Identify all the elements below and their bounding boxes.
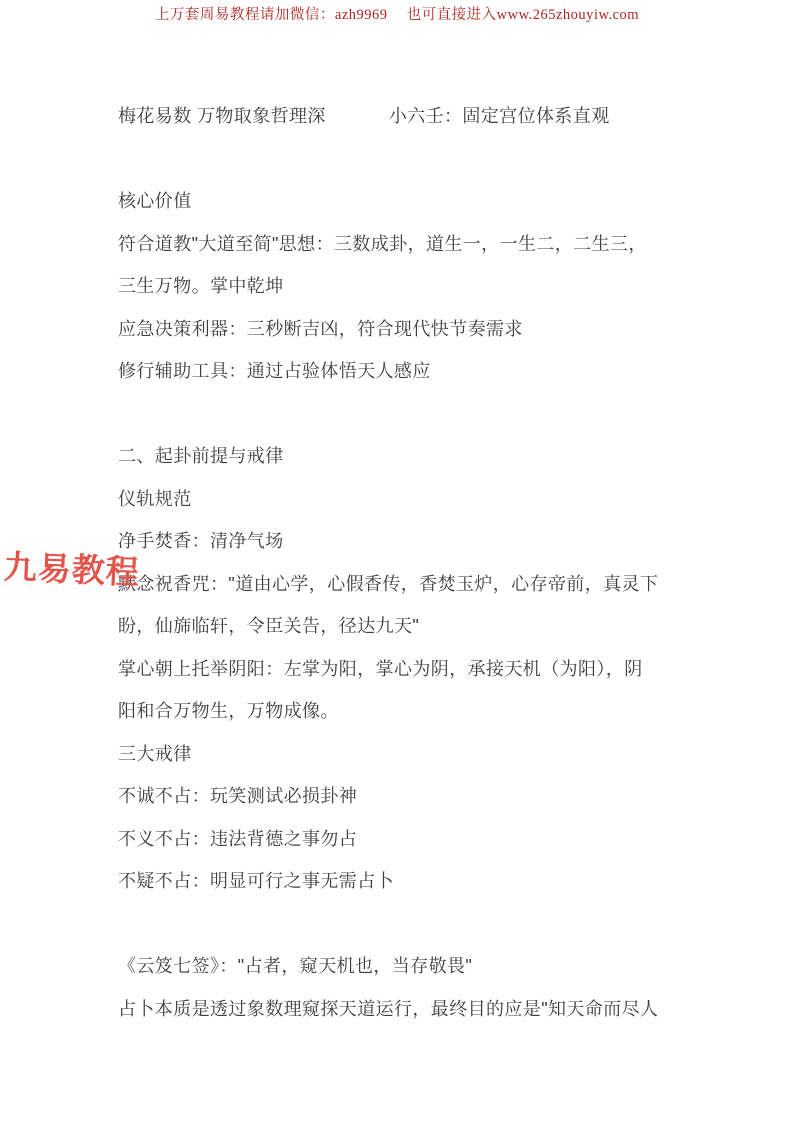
text-line: 三大戒律 <box>118 733 698 776</box>
section-heading: 二、起卦前提与戒律 <box>118 435 698 478</box>
text-line: 净手焚香：清净气场 <box>118 520 698 563</box>
text-line: 掌心朝上托举阴阳：左掌为阳，掌心为阴，承接天机（为阳），阴 <box>118 648 698 691</box>
text-line: 符合道教"大道至简"思想：三数成卦，道生一，一生二，二生三， <box>118 223 698 266</box>
blank-line <box>118 903 698 946</box>
text-line: 默念祝香咒："道由心学，心假香传，香焚玉炉，心存帝前，真灵下 <box>118 563 698 606</box>
text-line: 仪轨规范 <box>118 478 698 521</box>
blank-line <box>118 393 698 436</box>
text-line: 修行辅助工具：通过占验体悟天人感应 <box>118 350 698 393</box>
watermark-text: 九易教程 <box>3 541 141 594</box>
text-line: 不诚不占：玩笑测试必损卦神 <box>118 775 698 818</box>
text-line: 应急决策利器：三秒断吉凶，符合现代快节奏需求 <box>118 308 698 351</box>
text-line: 《云笈七签》："占者，窥天机也，当存敬畏" <box>118 945 698 988</box>
text-line: 三生万物。掌中乾坤 <box>118 265 698 308</box>
text-line: 阳和合万物生，万物成像。 <box>118 690 698 733</box>
blank-line <box>118 138 698 181</box>
text-line: 不疑不占：明显可行之事无需占卜 <box>118 860 698 903</box>
document-page: 上万套周易教程请加微信：azh9969 也可直接进入www.265zhouyiw… <box>0 0 794 1123</box>
text-line: 占卜本质是透过象数理窥探天道运行，最终目的应是"知天命而尽人 <box>118 988 698 1031</box>
text-line: 核心价值 <box>118 180 698 223</box>
text-line: 盼，仙旆临轩，令臣关告，径达九天" <box>118 605 698 648</box>
title-row: 梅花易数 万物取象哲理深 小六壬：固定宫位体系直观 <box>118 95 698 138</box>
title-right: 小六壬：固定宫位体系直观 <box>389 95 610 138</box>
document-body: 梅花易数 万物取象哲理深 小六壬：固定宫位体系直观 核心价值 符合道教"大道至简… <box>118 95 698 1030</box>
header-promo-notice: 上万套周易教程请加微信：azh9969 也可直接进入www.265zhouyiw… <box>0 5 794 25</box>
title-left: 梅花易数 万物取象哲理深 <box>118 95 326 138</box>
text-line: 不义不占：违法背德之事勿占 <box>118 818 698 861</box>
